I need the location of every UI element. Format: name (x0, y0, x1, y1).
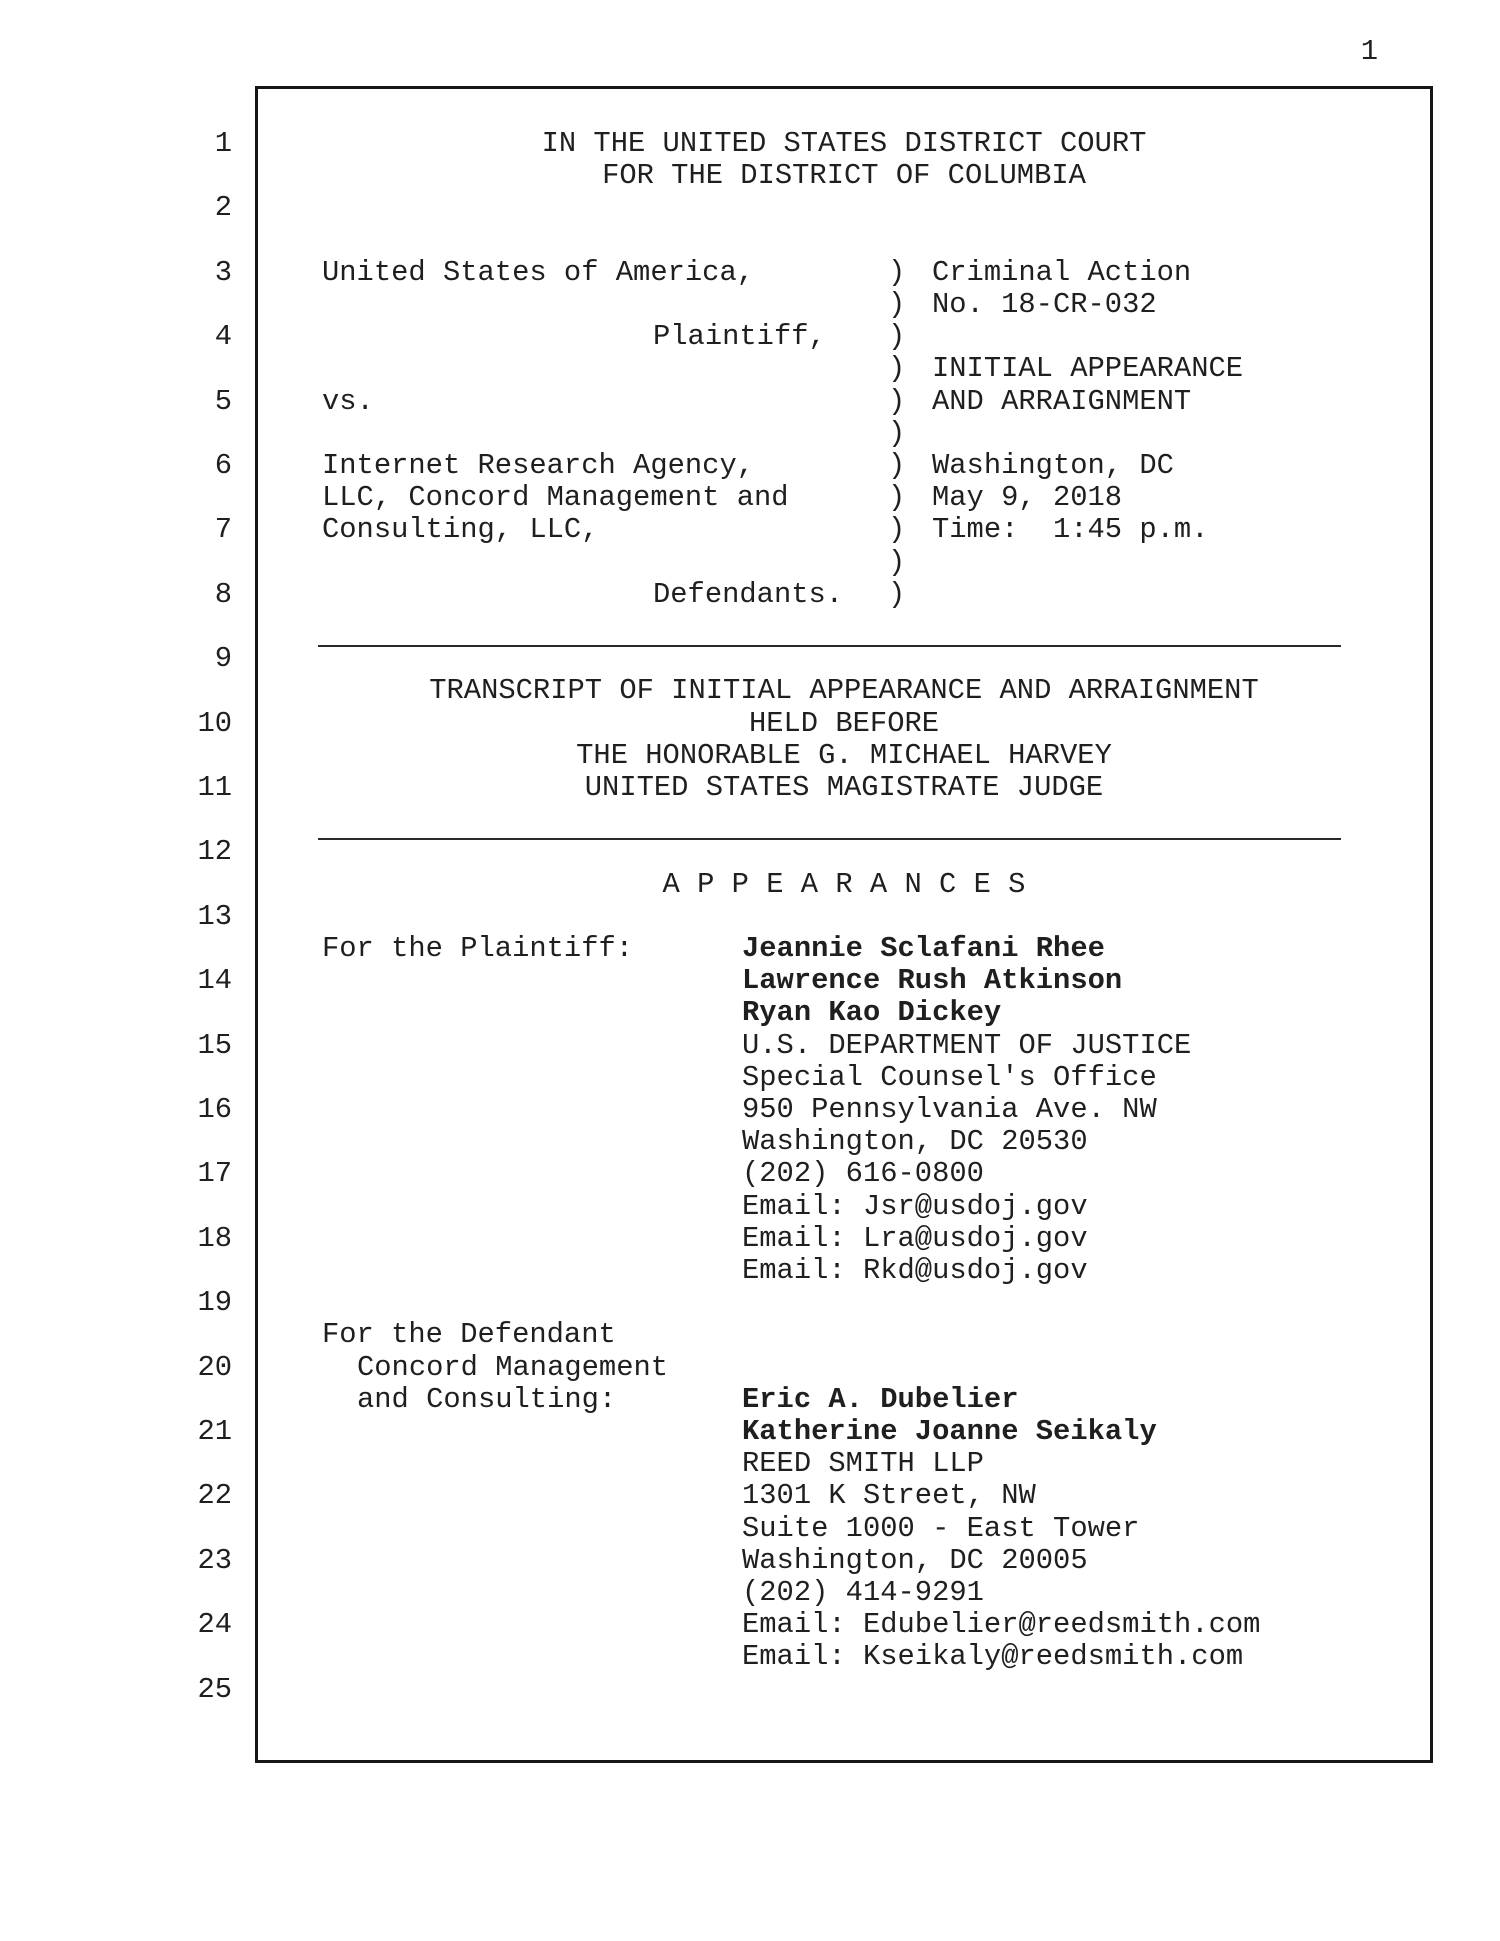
transcript-text: INITIAL APPEARANCE (932, 353, 1243, 385)
attorney-line: 950 Pennsylvania Ave. NW (742, 1094, 1157, 1126)
transcript-text: and Consulting: (357, 1384, 616, 1416)
transcript-text: HELD BEFORE (255, 708, 1433, 740)
attorney-line: Email: Lra@usdoj.gov (742, 1223, 1088, 1255)
transcript-line: Concord Management (0, 1352, 1500, 1384)
transcript-line: Katherine Joanne Seikaly (0, 1416, 1500, 1448)
transcript-line: ) (0, 418, 1500, 450)
transcript-line: Email: Rkd@usdoj.gov (0, 1255, 1500, 1287)
attorney-line: (202) 414-9291 (742, 1577, 984, 1609)
transcript-text: United States of America, (322, 257, 754, 289)
attorney-line: Email: Jsr@usdoj.gov (742, 1191, 1088, 1223)
transcript-text: TRANSCRIPT OF INITIAL APPEARANCE AND ARR… (255, 675, 1433, 707)
transcript-line: Suite 1000 - East Tower (0, 1513, 1500, 1545)
line-number: 2 (168, 192, 232, 224)
transcript-line: and Consulting:Eric A. Dubelier (0, 1384, 1500, 1416)
separator-rule (318, 838, 1341, 840)
transcript-line: Email: Jsr@usdoj.gov (0, 1191, 1500, 1223)
transcript-line: THE HONORABLE G. MICHAEL HARVEY (0, 740, 1500, 772)
transcript-text: THE HONORABLE G. MICHAEL HARVEY (255, 740, 1433, 772)
attorney-line: Katherine Joanne Seikaly (742, 1416, 1157, 1448)
transcript-line: FOR THE DISTRICT OF COLUMBIA (0, 160, 1500, 192)
transcript-text: ) (888, 579, 905, 611)
attorney-line: Special Counsel's Office (742, 1062, 1157, 1094)
transcript-line: 1301 K Street, NW (0, 1480, 1500, 1512)
transcript-text: AND ARRAIGNMENT (932, 386, 1191, 418)
transcript-line: 950 Pennsylvania Ave. NW (0, 1094, 1500, 1126)
transcript-line: Ryan Kao Dickey (0, 997, 1500, 1029)
transcript-line: TRANSCRIPT OF INITIAL APPEARANCE AND ARR… (0, 675, 1500, 707)
attorney-line: Eric A. Dubelier (742, 1384, 1019, 1416)
transcript-text: Concord Management (357, 1352, 668, 1384)
attorney-line: Email: Rkd@usdoj.gov (742, 1255, 1088, 1287)
transcript-line: )INITIAL APPEARANCE (0, 353, 1500, 385)
transcript-line: REED SMITH LLP (0, 1448, 1500, 1480)
transcript-text: ) (888, 482, 905, 514)
transcript-line: Email: Kseikaly@reedsmith.com (0, 1641, 1500, 1673)
line-number: 9 (168, 643, 232, 675)
transcript-text: FOR THE DISTRICT OF COLUMBIA (255, 160, 1433, 192)
transcript-line: Email: Lra@usdoj.gov (0, 1223, 1500, 1255)
attorney-line: Jeannie Sclafani Rhee (742, 933, 1105, 965)
transcript-line: Washington, DC 20005 (0, 1545, 1500, 1577)
transcript-line: United States of America,)Criminal Actio… (0, 257, 1500, 289)
attorney-line: Email: Edubelier@reedsmith.com (742, 1609, 1260, 1641)
transcript-line: (202) 414-9291 (0, 1577, 1500, 1609)
transcript-line: UNITED STATES MAGISTRATE JUDGE (0, 772, 1500, 804)
transcript-text: Consulting, LLC, (322, 514, 599, 546)
transcript-line: Email: Edubelier@reedsmith.com (0, 1609, 1500, 1641)
attorney-line: U.S. DEPARTMENT OF JUSTICE (742, 1030, 1191, 1062)
transcript-text: Washington, DC (932, 450, 1174, 482)
line-number: 25 (168, 1674, 232, 1706)
attorney-line: Washington, DC 20530 (742, 1126, 1088, 1158)
transcript-page: 1 12345678910111213141516171819202122232… (0, 0, 1500, 1941)
transcript-text: Defendants. (653, 579, 843, 611)
transcript-text: ) (888, 514, 905, 546)
attorney-line: Suite 1000 - East Tower (742, 1513, 1139, 1545)
transcript-text: ) (888, 418, 905, 450)
attorney-line: REED SMITH LLP (742, 1448, 984, 1480)
transcript-text: For the Defendant (322, 1319, 616, 1351)
attorney-line: Ryan Kao Dickey (742, 997, 1001, 1029)
transcript-line: )No. 18-CR-032 (0, 289, 1500, 321)
transcript-line: Defendants.) (0, 579, 1500, 611)
transcript-line: HELD BEFORE (0, 708, 1500, 740)
transcript-text: ) (888, 353, 905, 385)
transcript-text: ) (888, 450, 905, 482)
transcript-line: Consulting, LLC,)Time: 1:45 p.m. (0, 514, 1500, 546)
transcript-line: Special Counsel's Office (0, 1062, 1500, 1094)
page-number: 1 (1320, 36, 1378, 68)
transcript-line: For the Plaintiff:Jeannie Sclafani Rhee (0, 933, 1500, 965)
transcript-text: Internet Research Agency, (322, 450, 754, 482)
transcript-text: ) (888, 289, 905, 321)
transcript-line: Internet Research Agency,)Washington, DC (0, 450, 1500, 482)
transcript-text: ) (888, 321, 905, 353)
line-number: 13 (168, 901, 232, 933)
line-number: 12 (168, 836, 232, 868)
transcript-text: A P P E A R A N C E S (255, 869, 1433, 901)
transcript-text: For the Plaintiff: (322, 933, 633, 965)
transcript-line: ) (0, 547, 1500, 579)
transcript-line: (202) 616-0800 (0, 1158, 1500, 1190)
transcript-line: vs.)AND ARRAIGNMENT (0, 386, 1500, 418)
transcript-text: Time: 1:45 p.m. (932, 514, 1209, 546)
transcript-text: UNITED STATES MAGISTRATE JUDGE (255, 772, 1433, 804)
attorney-line: Email: Kseikaly@reedsmith.com (742, 1641, 1243, 1673)
transcript-line: A P P E A R A N C E S (0, 869, 1500, 901)
transcript-text: No. 18-CR-032 (932, 289, 1157, 321)
transcript-text: Plaintiff, (653, 321, 826, 353)
transcript-line: Washington, DC 20530 (0, 1126, 1500, 1158)
transcript-text: ) (888, 386, 905, 418)
transcript-line: U.S. DEPARTMENT OF JUSTICE (0, 1030, 1500, 1062)
transcript-text: IN THE UNITED STATES DISTRICT COURT (255, 128, 1433, 160)
transcript-line: For the Defendant (0, 1319, 1500, 1351)
transcript-text: ) (888, 257, 905, 289)
transcript-text: LLC, Concord Management and (322, 482, 789, 514)
transcript-line: IN THE UNITED STATES DISTRICT COURT (0, 128, 1500, 160)
transcript-line: LLC, Concord Management and)May 9, 2018 (0, 482, 1500, 514)
attorney-line: (202) 616-0800 (742, 1158, 984, 1190)
line-number: 19 (168, 1287, 232, 1319)
transcript-text: vs. (322, 386, 374, 418)
transcript-line: Plaintiff,) (0, 321, 1500, 353)
separator-rule (318, 645, 1341, 647)
transcript-line: Lawrence Rush Atkinson (0, 965, 1500, 997)
transcript-text: ) (888, 547, 905, 579)
attorney-line: Washington, DC 20005 (742, 1545, 1088, 1577)
attorney-line: 1301 K Street, NW (742, 1480, 1036, 1512)
transcript-text: Criminal Action (932, 257, 1191, 289)
attorney-line: Lawrence Rush Atkinson (742, 965, 1122, 997)
transcript-text: May 9, 2018 (932, 482, 1122, 514)
